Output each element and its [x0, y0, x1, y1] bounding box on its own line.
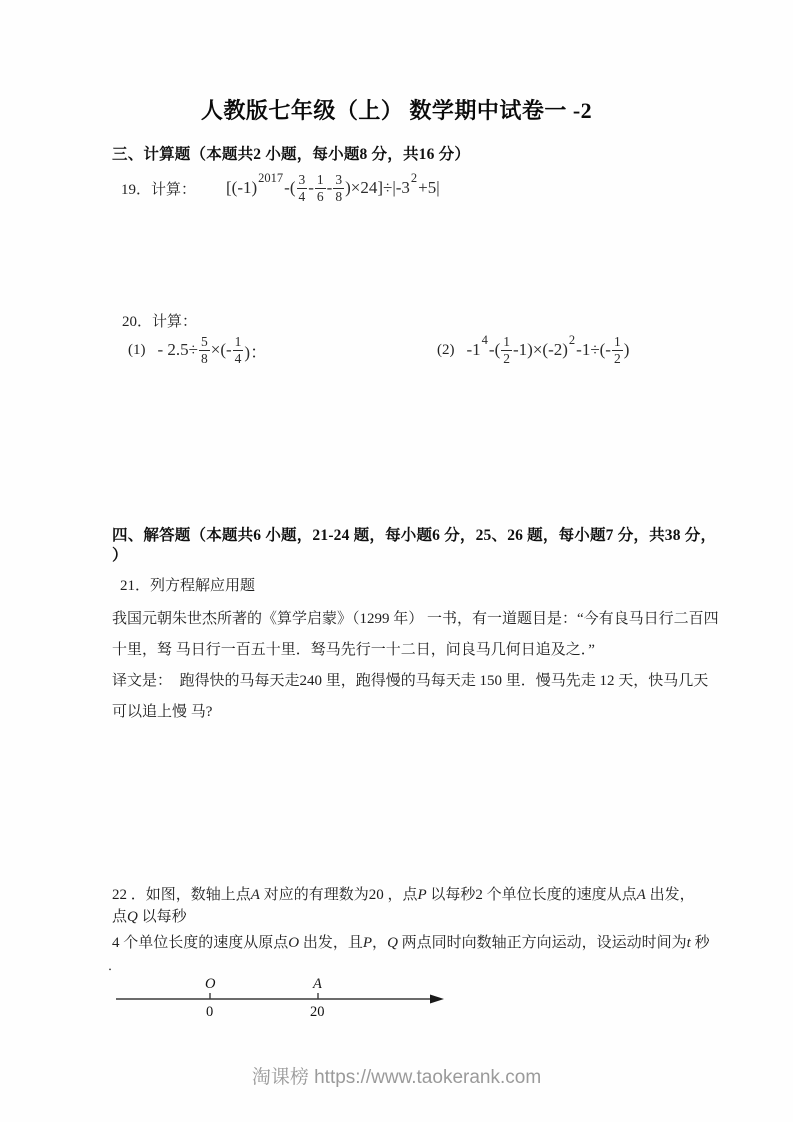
question-21-text-line: 译文是： 跑得快的马每天走240 里，跑得慢的马每天走 150 里．慢马先走 1… — [112, 666, 719, 697]
section4-heading-line1: 四、解答题（本题共6 小题，21-24 题，每小题6 分，25、26 题，每小题… — [112, 526, 716, 546]
question-22-text: 22 ．如图，数轴上点A 对应的有理数为20 ，点P 以每秒2 个单位长度的速度… — [112, 884, 695, 928]
axis-arrow-icon — [430, 995, 444, 1004]
origin-value-label: 0 — [206, 1004, 213, 1020]
point-a-value-label: 20 — [310, 1004, 325, 1020]
section4-heading: 四、解答题（本题共6 小题，21-24 题，每小题6 分，25、26 题，每小题… — [112, 526, 716, 566]
page-title: 人教版七年级（上） 数学期中试卷一 -2 — [0, 94, 793, 125]
question-21-text: 我国元朝朱世杰所著的《算学启蒙》（1299 年） 一书，有一道题目是：“今有良马… — [112, 604, 719, 728]
stray-period: ． — [108, 955, 121, 974]
question-20-label: 20．计算： — [122, 310, 197, 331]
question-22-text-line2: 点Q 以每秒 — [112, 906, 695, 928]
question-19-formula: [(-1)2017-(34-16-38)×24]÷|-32+5| — [226, 172, 440, 204]
point-a-letter-label: A — [312, 976, 322, 992]
question-20-part2: (2) -14-(12-1)×(-2)2-1÷(-12) — [437, 334, 629, 366]
question-22-text-line3: 4 个单位长度的速度从原点O 出发，且P，Q 两点同时向数轴正方向运动，设运动时… — [112, 931, 710, 952]
question-20-part2-formula: -14-(12-1)×(-2)2-1÷(-12) — [467, 334, 630, 366]
footer-watermark: 淘课榜 https://www.taokerank.com — [0, 1062, 793, 1089]
question-20-part1-formula: - 2.5÷58×(-14)： — [158, 334, 268, 366]
section3-heading: 三、计算题（本题共2 小题，每小题8 分，共16 分） — [112, 142, 470, 164]
number-line-figure: O 0 A 20 — [110, 973, 455, 1021]
question-21-text-line: 十里，驽 马日行一百五十里．驽马先行一十二日，问良马几何日追及之．” — [112, 635, 719, 666]
question-21-text-line: 可以追上慢 马? — [112, 697, 719, 728]
question-22-text-line1: 22 ．如图，数轴上点A 对应的有理数为20 ，点P 以每秒2 个单位长度的速度… — [112, 884, 695, 906]
question-19-label: 19．计算： — [121, 178, 196, 199]
origin-letter-label: O — [205, 976, 216, 992]
exam-page: 人教版七年级（上） 数学期中试卷一 -2 三、计算题（本题共2 小题，每小题8 … — [0, 0, 793, 1122]
question-20-part2-label: (2) — [437, 342, 455, 359]
question-20-part1-label: (1) — [128, 342, 146, 359]
question-21-text-line: 我国元朝朱世杰所著的《算学启蒙》（1299 年） 一书，有一道题目是：“今有良马… — [112, 604, 719, 635]
section4-heading-line2: ） — [112, 546, 716, 566]
question-21-label: 21．列方程解应用题 — [120, 574, 255, 595]
question-19: 19．计算： [(-1)2017-(34-16-38)×24]÷|-32+5| — [121, 172, 440, 204]
question-20-part1: (1) - 2.5÷58×(-14)： — [128, 334, 267, 366]
